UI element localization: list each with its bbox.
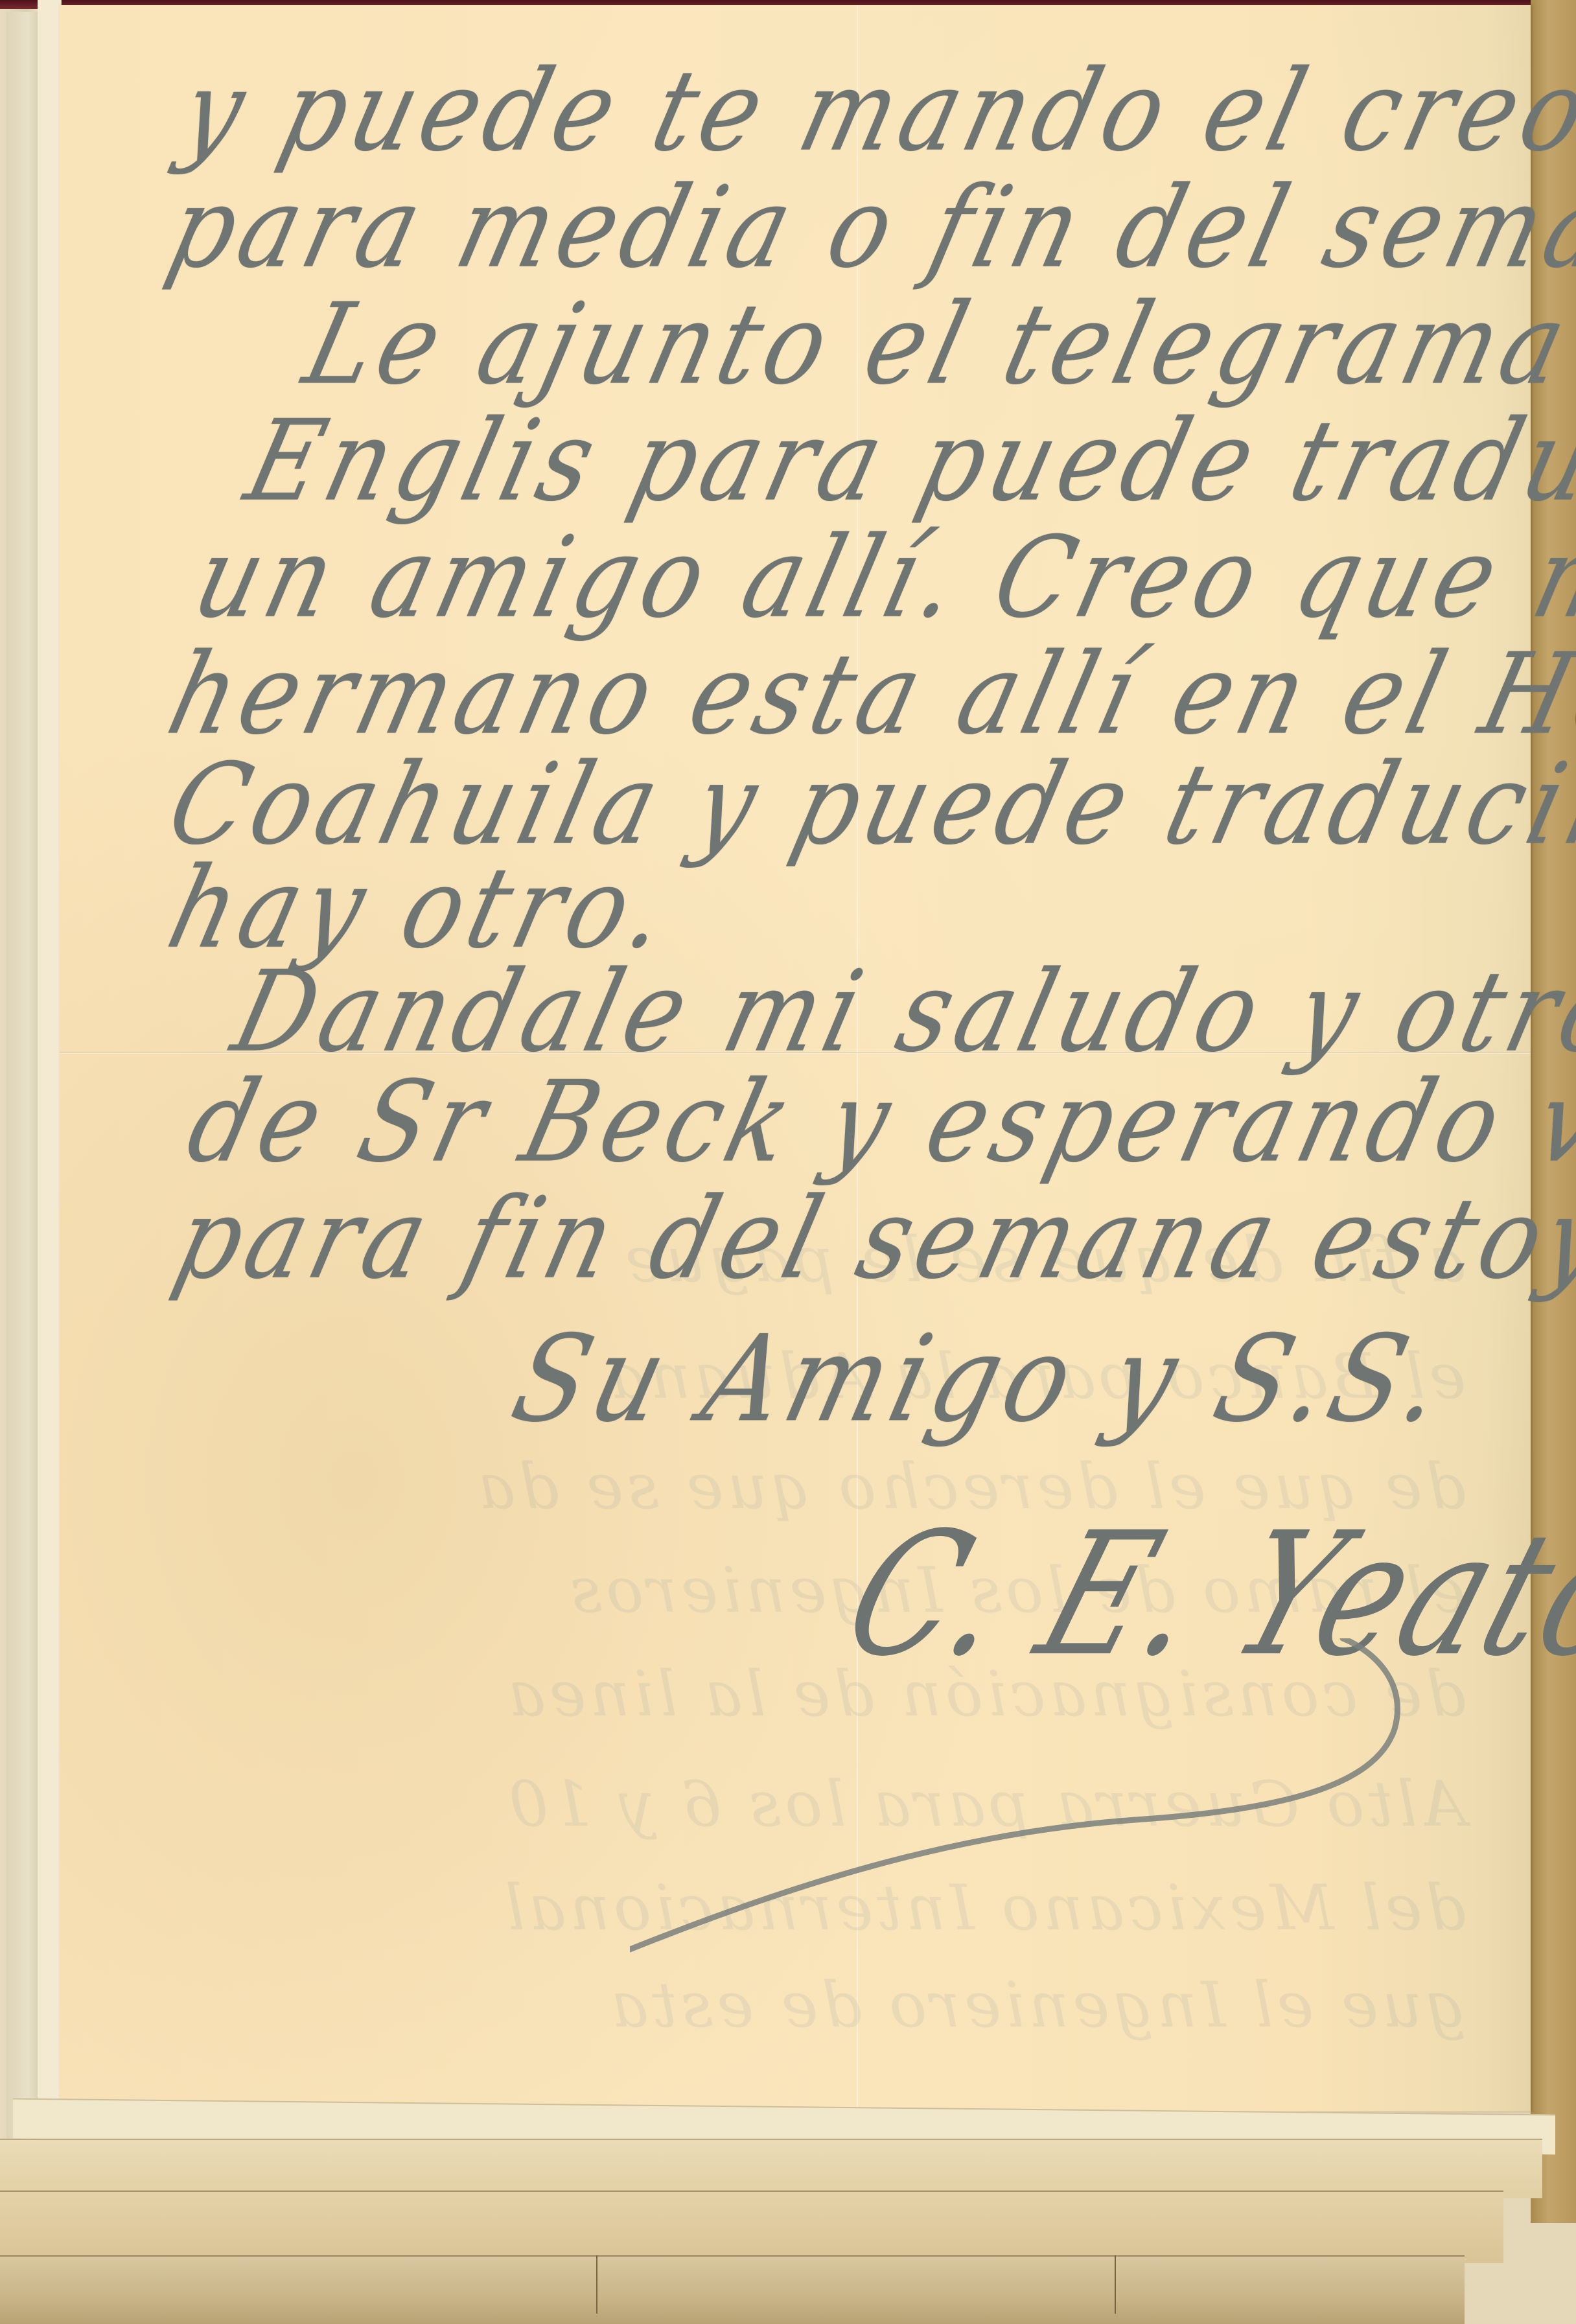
stacked-page-edge bbox=[0, 2255, 1465, 2324]
letter-line-2: para media o fin del semana bbox=[157, 163, 1576, 293]
stacked-page-edge bbox=[0, 2139, 1542, 2198]
underlying-sheet-edge bbox=[38, 0, 62, 2158]
letter-line-10: de Sr Beck y esperando verlo bbox=[176, 1058, 1576, 1187]
page-tear bbox=[1115, 2255, 1116, 2314]
bleed-through-line: gue el Ingeniero de esta bbox=[137, 1969, 1466, 2041]
letter-line-3: Le ajunto el telegrama en bbox=[293, 280, 1576, 410]
stacked-page-edge bbox=[0, 2190, 1503, 2263]
letter-page: a fin de que se le pague el Banco para l… bbox=[60, 5, 1531, 2111]
letter-closing: Su Amigo y S.S. bbox=[500, 1309, 1463, 1448]
letter-line-4: Englis para puede traducirse bbox=[235, 397, 1576, 526]
letter-line-1: y puede te mando el creo bbox=[170, 47, 1576, 176]
page-tear bbox=[596, 2255, 597, 2314]
letter-line-5: un amigo allí. Creo que mi bbox=[183, 513, 1576, 643]
signature-flourish-icon bbox=[630, 1638, 1537, 1962]
letter-line-11: para fin del semana estoy bbox=[163, 1174, 1576, 1304]
